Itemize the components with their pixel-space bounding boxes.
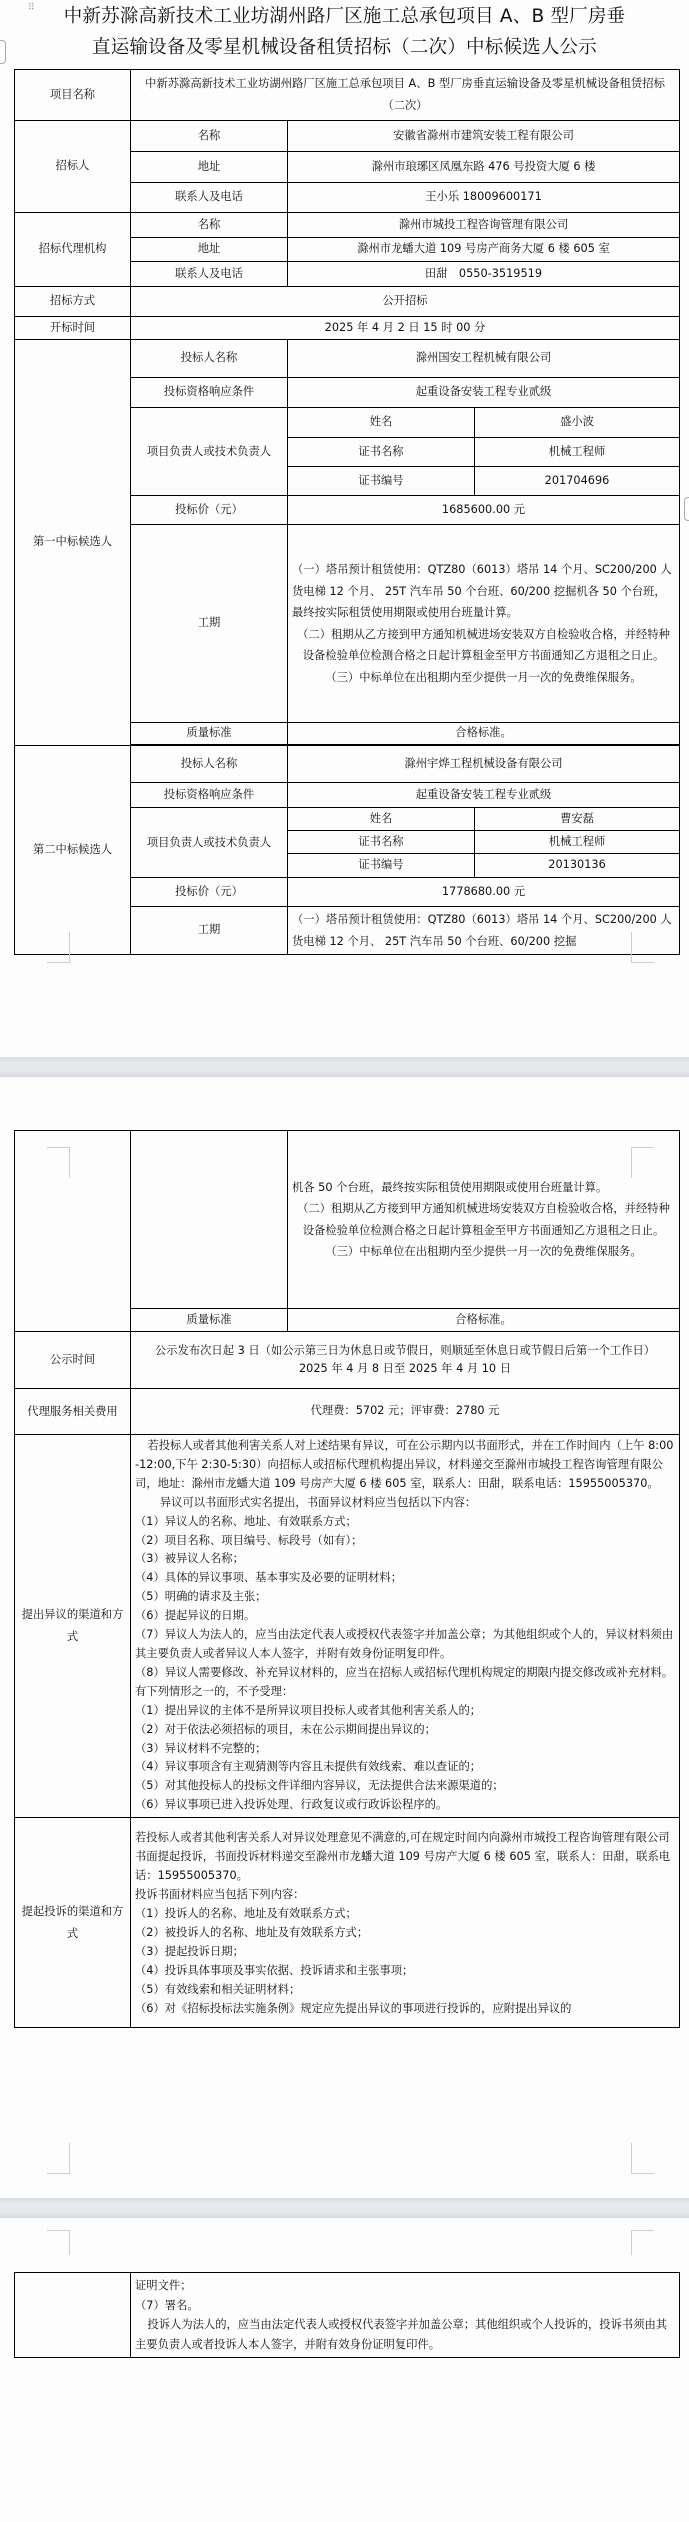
c1-mgr-name-value: 盛小波 — [475, 408, 680, 438]
page-corner-mark — [631, 2230, 654, 2255]
page-corner-mark — [631, 2143, 654, 2174]
c2-quality-label: 质量标准 — [131, 1309, 288, 1332]
document-page-1: ⠿ 中新苏滁高新技术工业坊湖州路厂区施工总承包项目 A、B 型厂房垂 直运输设备… — [0, 0, 689, 1057]
opening-time-value: 2025 年 4 月 2 日 15 时 00 分 — [131, 317, 680, 340]
fees-label: 代理服务相关费用 — [15, 1389, 131, 1435]
c2-cert-no-value: 20130136 — [475, 854, 680, 878]
objection-reject-item: （6）异议事项已进入投诉处理、行政复议或行政诉讼程序的。 — [135, 1796, 675, 1815]
complaint-continued-label-cell — [15, 2273, 131, 2358]
agency-name-value: 滁州市城投工程咨询管理有限公司 — [288, 213, 680, 238]
c1-mgr-name-label: 姓名 — [288, 408, 475, 438]
objection-content: 若投标人或者其他利害关系人对上述结果有异议，可在公示期内以书面形式，并在工作时间… — [131, 1435, 680, 1818]
objection-reject-item: （4）异议事项含有主观猜测等内容且未提供有效线索、难以查证的； — [135, 1758, 675, 1777]
c1-period-value: （一）塔吊预计租赁使用：QTZ80（6013）塔吊 14 个月、SC200/20… — [288, 525, 680, 723]
c1-price-label: 投标价（元） — [131, 496, 288, 525]
objection-label: 提出异议的渠道和方式 — [15, 1435, 131, 1818]
candidate2-label: 第二中标候选人 — [15, 746, 131, 955]
candidate1-label: 第一中标候选人 — [15, 340, 131, 746]
objection-reject-item: （5）对其他投标人的投标文件详细内容异议，无法提供合法来源渠道的； — [135, 1777, 675, 1796]
c2-qual-value: 起重设备安装工程专业贰级 — [288, 783, 680, 808]
objection-req-intro: 异议可以书面形式实名提出，书面异议材料应当包括以下内容： — [135, 1494, 675, 1513]
c1-qual-label: 投标资格响应条件 — [131, 378, 288, 408]
page-corner-mark — [47, 932, 70, 963]
complaint-req-item: （4）投诉具体事项及事实依据、投诉请求和主张事项； — [135, 1961, 675, 1980]
page-title-line-2: 直运输设备及零星机械设备租赁招标（二次）中标候选人公示 — [0, 33, 689, 63]
page-corner-mark — [631, 932, 654, 963]
c2-manager-label: 项目负责人或技术负责人 — [131, 808, 288, 878]
objection-reject-intro: 有下列情形之一的，不予受理： — [135, 1683, 675, 1702]
complaint-req-item: （3）提起投诉日期； — [135, 1942, 675, 1961]
objection-req-item: （7）异议人为法人的，应当由法定代表人或授权代表签字并加盖公章；为其他组织或个人… — [135, 1626, 675, 1664]
tenderer-address-label: 地址 — [131, 152, 288, 183]
objection-req-item: （3）被异议人名称； — [135, 1550, 675, 1569]
c1-bidder-value: 滁州国安工程机械有限公司 — [288, 340, 680, 378]
page-separator — [0, 2198, 689, 2218]
c2-mgr-name-label: 姓名 — [288, 808, 475, 831]
publicity-label: 公示时间 — [15, 1332, 131, 1389]
c1-period-label: 工期 — [131, 525, 288, 723]
agency-contact-value: 田甜 0550-3519519 — [288, 262, 680, 287]
page-corner-mark — [47, 2143, 70, 2174]
tenderer-contact-value: 王小乐 18009600171 — [288, 183, 680, 213]
document-page-3: 证明文件； （7）署名。 投诉人为法人的，应当由法定代表人或授权代表签字并加盖公… — [0, 2218, 689, 2522]
c2-continued-label-cell — [15, 1131, 131, 1332]
c2-quality-value: 合格标准。 — [288, 1309, 680, 1332]
complaint-req-item: （1）投诉人的名称、地址及有效联系方式； — [135, 1904, 675, 1923]
opening-time-label: 开标时间 — [15, 317, 131, 340]
c1-period-item-3: （三）中标单位在出租期内至少提供一月一次的免费维保服务。 — [292, 667, 675, 689]
document-page-2: 机各 50 个台班，最终按实际租赁使用期限或使用台班量计算。 （二）租期从乙方接… — [0, 1077, 689, 2198]
method-value: 公开招标 — [131, 287, 680, 317]
c2-cert-no-label: 证书编号 — [288, 854, 475, 878]
agency-name-label: 名称 — [131, 213, 288, 238]
c2-period-value-part-1: （一）塔吊预计租赁使用：QTZ80（6013）塔吊 14 个月、SC200/20… — [288, 907, 680, 955]
c2-period-item-2: （二）租期从乙方接到甲方通知机械进场安装双方自检验收合格，并经特种设备检验单位检… — [292, 1198, 675, 1241]
c2-cert-name-value: 机械工程师 — [475, 831, 680, 854]
complaint-label: 提起投诉的渠道和方式 — [15, 1818, 131, 2028]
complaint-content-part-2: 证明文件； （7）署名。 投诉人为法人的，应当由法定代表人或授权代表签字并加盖公… — [131, 2273, 680, 2358]
complaint-intro: 若投标人或者其他利害关系人对异议处理意见不满意的,可在规定时间内向滁州市城投工程… — [135, 1828, 675, 1885]
c2-qual-label: 投标资格响应条件 — [131, 783, 288, 808]
c2-period-item-1-cont: 机各 50 个台班，最终按实际租赁使用期限或使用台班量计算。 — [292, 1177, 675, 1199]
complaint-req-item: （6）对《招标投标法实施条例》规定应先提出异议的事项进行投诉的，应附提出异议的 — [135, 1999, 675, 2018]
publicity-value: 公示发布次日起 3 日（如公示第三日为休息日或节假日，则顺延至休息日或节假日后第… — [131, 1332, 680, 1389]
page-title-line-1: 中新苏滁高新技术工业坊湖州路厂区施工总承包项目 A、B 型厂房垂 — [0, 2, 689, 32]
complaint-req-item: （7）署名。 — [135, 2296, 675, 2316]
c2-bidder-value: 滁州宇烨工程机械设备有限公司 — [288, 746, 680, 783]
c1-qual-value: 起重设备安装工程专业贰级 — [288, 378, 680, 408]
fees-value: 代理费：5702 元；评审费：2780 元 — [131, 1389, 680, 1435]
c2-period-item-3: （三）中标单位在出租期内至少提供一月一次的免费维保服务。 — [292, 1241, 675, 1263]
complaint-req-6-cont: 证明文件； — [135, 2276, 675, 2296]
c1-quality-value: 合格标准。 — [288, 723, 680, 745]
c2-bidder-label: 投标人名称 — [131, 746, 288, 783]
objection-req-item: （5）明确的请求及主张； — [135, 1588, 675, 1607]
c2-period-label: 工期 — [131, 907, 288, 955]
complaint-req-intro: 投诉书面材料应当包括下列内容： — [135, 1885, 675, 1904]
c2-period-value-part-2: 机各 50 个台班，最终按实际租赁使用期限或使用台班量计算。 （二）租期从乙方接… — [288, 1131, 680, 1309]
announcement-table-part-2: 机各 50 个台班，最终按实际租赁使用期限或使用台班量计算。 （二）租期从乙方接… — [14, 1130, 680, 2028]
agency-address-value: 滁州市龙蟠大道 109 号房产商务大厦 6 楼 605 室 — [288, 238, 680, 262]
c2-mgr-name-value: 曹安磊 — [475, 808, 680, 831]
agency-contact-label: 联系人及电话 — [131, 262, 288, 287]
tenderer-contact-label: 联系人及电话 — [131, 183, 288, 213]
objection-reject-item: （1）提出异议的主体不是所异议项目投标人或者其他利害关系人的； — [135, 1702, 675, 1721]
right-side-tab[interactable] — [684, 497, 689, 521]
objection-req-item: （4）具体的异议事项、基本事实及必要的证明材料； — [135, 1569, 675, 1588]
c2-cert-name-label: 证书名称 — [288, 831, 475, 854]
announcement-table-part-1: 项目名称 中新苏滁高新技术工业坊湖州路厂区施工总承包项目 A、B 型厂房垂直运输… — [14, 69, 680, 955]
objection-req-item: （8）异议人需要修改、补充异议材料的，应当在招标人或招标代理机构规定的期限内提交… — [135, 1664, 675, 1683]
c1-bidder-label: 投标人名称 — [131, 340, 288, 378]
objection-req-item: （6）提起异议的日期。 — [135, 1607, 675, 1626]
c1-cert-no-label: 证书编号 — [288, 467, 475, 496]
c1-period-item-2: （二）租期从乙方接到甲方通知机械进场安装双方自检验收合格，并经特种设备检验单位检… — [292, 624, 675, 667]
agency-label: 招标代理机构 — [15, 213, 131, 287]
complaint-closing: 投诉人为法人的，应当由法定代表人或授权代表签字并加盖公章；其他组织或个人投诉的，… — [135, 2315, 675, 2354]
c1-cert-no-value: 201704696 — [475, 467, 680, 496]
complaint-req-item: （5）有效线索和相关证明材料； — [135, 1980, 675, 1999]
objection-req-item: （2）项目名称、项目编号、标段号（如有）； — [135, 1532, 675, 1551]
c1-period-item-1: （一）塔吊预计租赁使用：QTZ80（6013）塔吊 14 个月、SC200/20… — [292, 559, 675, 624]
objection-req-item: （1）异议人的名称、地址、有效联系方式； — [135, 1513, 675, 1532]
tenderer-label: 招标人 — [15, 121, 131, 213]
tenderer-name-label: 名称 — [131, 121, 288, 152]
project-name-label: 项目名称 — [15, 70, 131, 121]
tenderer-name-value: 安徽省滁州市建筑安装工程有限公司 — [288, 121, 680, 152]
c1-manager-label: 项目负责人或技术负责人 — [131, 408, 288, 496]
method-label: 招标方式 — [15, 287, 131, 317]
c1-quality-label: 质量标准 — [131, 723, 288, 745]
c2-price-label: 投标价（元） — [131, 878, 288, 907]
objection-reject-item: （3）异议材料不完整的； — [135, 1740, 675, 1759]
announcement-table-part-3: 证明文件； （7）署名。 投诉人为法人的，应当由法定代表人或授权代表签字并加盖公… — [14, 2272, 680, 2358]
publicity-dates: 2025 年 4 月 8 日至 2025 年 4 月 10 日 — [135, 1360, 675, 1378]
c1-cert-name-label: 证书名称 — [288, 438, 475, 467]
c1-price-value: 1685600.00 元 — [288, 496, 680, 525]
project-name-value: 中新苏滁高新技术工业坊湖州路厂区施工总承包项目 A、B 型厂房垂直运输设备及零星… — [131, 70, 680, 121]
complaint-req-item: （2）被投诉人的名称、地址及有效联系方式； — [135, 1923, 675, 1942]
c1-cert-name-value: 机械工程师 — [475, 438, 680, 467]
page-corner-mark — [47, 2230, 70, 2255]
objection-intro: 若投标人或者其他利害关系人对上述结果有异议，可在公示期内以书面形式，并在工作时间… — [135, 1437, 675, 1494]
agency-address-label: 地址 — [131, 238, 288, 262]
c2-period-continued-label-cell — [131, 1131, 288, 1309]
publicity-rule: 公示发布次日起 3 日（如公示第三日为休息日或节假日，则顺延至休息日或节假日后第… — [135, 1342, 675, 1360]
c2-price-value: 1778680.00 元 — [288, 878, 680, 907]
page-separator — [0, 1057, 689, 1077]
complaint-content-part-1: 若投标人或者其他利害关系人对异议处理意见不满意的,可在规定时间内向滁州市城投工程… — [131, 1818, 680, 2028]
tenderer-address-value: 滁州市琅琊区凤凰东路 476 号投资大厦 6 楼 — [288, 152, 680, 183]
objection-reject-item: （2）对于依法必须招标的项目，未在公示期间提出异议的； — [135, 1721, 675, 1740]
